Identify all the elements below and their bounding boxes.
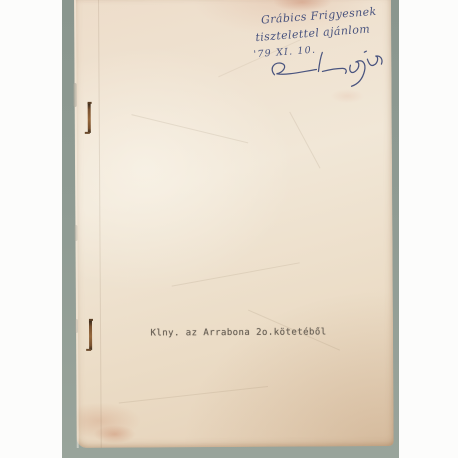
signature-scrawl (266, 47, 386, 88)
paper-crease (131, 114, 248, 143)
edge-damage-notch (74, 83, 77, 107)
staple-top (88, 103, 91, 133)
edge-damage-notch (74, 225, 77, 241)
binding-fold-crease (98, 0, 102, 448)
paper-crease (289, 112, 320, 169)
scan-backdrop: Grábics Frigyesnek tisztelettel ajánlom … (0, 0, 458, 458)
booklet-cover-paper: Grábics Frigyesnek tisztelettel ajánlom … (74, 0, 394, 448)
paper-crease (172, 262, 300, 286)
typed-title: Klny. az Arrabona 2o.kötetéből (76, 327, 393, 339)
paper-crease (119, 386, 268, 404)
